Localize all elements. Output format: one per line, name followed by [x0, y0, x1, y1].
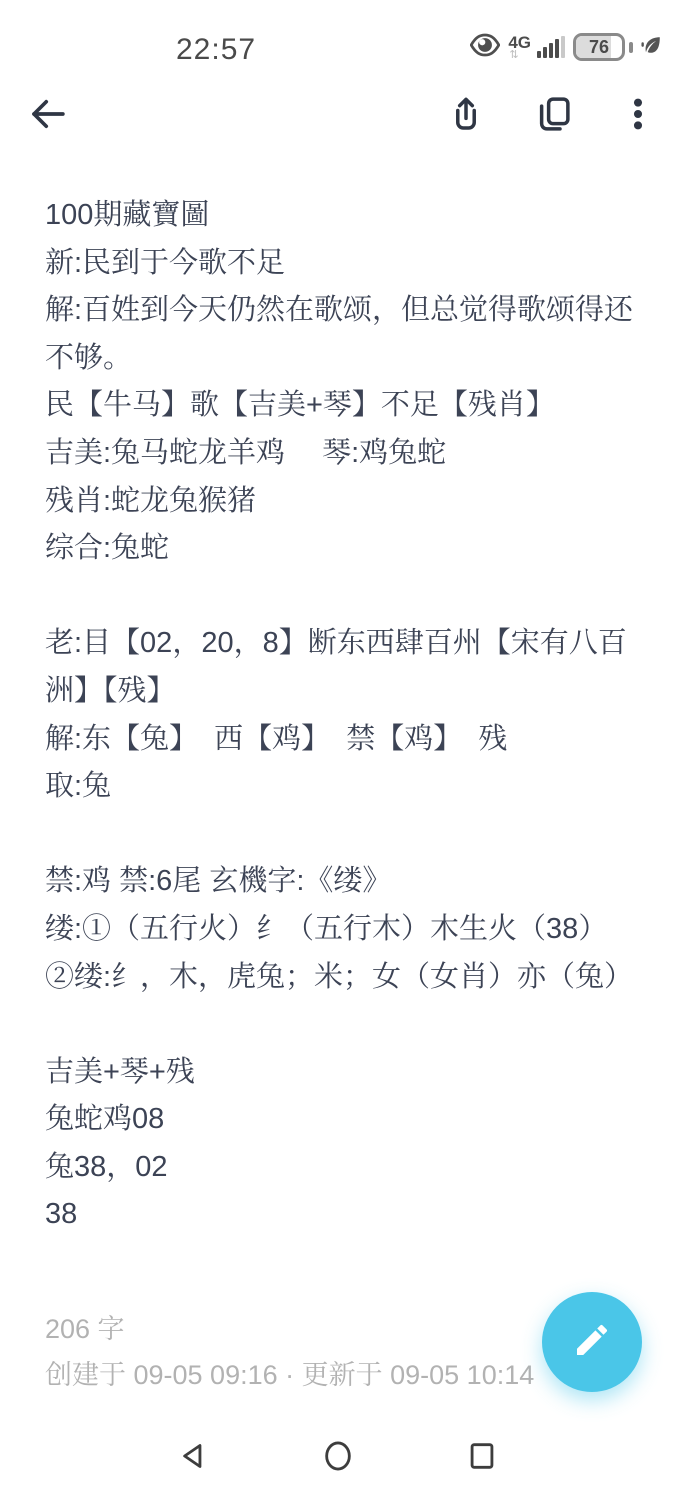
- nav-back-triangle-icon: [177, 1439, 211, 1478]
- power-saving-leaf-icon: [641, 33, 663, 62]
- status-bar: 22:57 4G ⇅ 76: [0, 0, 675, 76]
- share-icon: [445, 93, 487, 140]
- note-line: 残肖:蛇龙兔猴猪: [45, 478, 655, 526]
- more-menu-button[interactable]: [616, 94, 660, 138]
- note-line: [45, 1001, 655, 1049]
- nav-recents-square-icon: [465, 1439, 499, 1478]
- note-line: 解:百姓到今天仍然在歌颂，但总觉得歌颂得还: [45, 287, 655, 335]
- more-menu-icon: [617, 93, 659, 140]
- note-line: 新:民到于今歌不足: [45, 240, 655, 288]
- note-line: 民【牛马】歌【吉美+琴】不足【残肖】: [45, 382, 655, 430]
- note-line: 兔蛇鸡08: [45, 1096, 655, 1144]
- created-updated-meta: 创建于 09-05 09:16 · 更新于 09-05 10:14: [45, 1352, 534, 1398]
- note-content[interactable]: 100期藏寶圖新:民到于今歌不足解:百姓到今天仍然在歌颂，但总觉得歌颂得还不够。…: [0, 192, 675, 1239]
- note-line: [45, 573, 655, 621]
- data-arrows-icon: ⇅: [509, 50, 518, 61]
- copy-icon: [532, 93, 574, 140]
- status-time: 22:57: [176, 33, 256, 67]
- edit-pencil-icon: [572, 1320, 612, 1365]
- signal-bars-icon: [537, 36, 565, 58]
- android-nav-bar: [0, 1416, 675, 1500]
- battery-icon: 76: [573, 33, 625, 61]
- note-footer: 206 字 创建于 09-05 09:16 · 更新于 09-05 10:14: [45, 1306, 534, 1398]
- back-button[interactable]: [26, 94, 70, 138]
- note-line: 解:东【兔】 西【鸡】 禁【鸡】 残: [45, 716, 655, 764]
- note-line: 缕:①（五行火）纟（五行木）木生火（38）: [45, 906, 655, 954]
- note-line: 取:兔: [45, 763, 655, 811]
- copy-button[interactable]: [531, 94, 575, 138]
- note-line: 100期藏寶圖: [45, 192, 655, 240]
- nav-home-button[interactable]: [316, 1436, 360, 1480]
- nav-back-button[interactable]: [172, 1436, 216, 1480]
- note-line: 禁:鸡 禁:6尾 玄機字:《缕》: [45, 858, 655, 906]
- eye-protection-icon: [470, 33, 500, 62]
- note-line: 综合:兔蛇: [45, 525, 655, 573]
- share-button[interactable]: [444, 94, 488, 138]
- note-line: 兔38，02: [45, 1144, 655, 1192]
- word-count: 206 字: [45, 1306, 534, 1352]
- note-line: 老:目【02，20，8】断东西肆百州【宋有八百: [45, 620, 655, 668]
- note-line: 吉美+琴+残: [45, 1049, 655, 1097]
- note-line: [45, 811, 655, 859]
- network-type-label: 4G ⇅: [508, 34, 531, 61]
- edit-fab-button[interactable]: [542, 1292, 642, 1392]
- note-line: 吉美:兔马蛇龙羊鸡 琴:鸡兔蛇: [45, 430, 655, 478]
- nav-recents-button[interactable]: [460, 1436, 504, 1480]
- note-line: 不够。: [45, 335, 655, 383]
- battery-percent: 76: [589, 37, 609, 58]
- note-toolbar: [0, 76, 675, 172]
- status-icons: 4G ⇅ 76: [470, 30, 663, 64]
- note-line: ②缕:纟，木，虎兔；米；女（女肖）亦（兔）: [45, 954, 655, 1002]
- back-arrow-icon: [27, 93, 69, 140]
- battery-nub: [629, 42, 633, 53]
- note-line: 38: [45, 1191, 655, 1239]
- nav-home-circle-icon: [321, 1439, 355, 1478]
- note-line: 洲】【残】: [45, 668, 655, 716]
- notes-app-screen: 22:57 4G ⇅ 76: [0, 0, 675, 1500]
